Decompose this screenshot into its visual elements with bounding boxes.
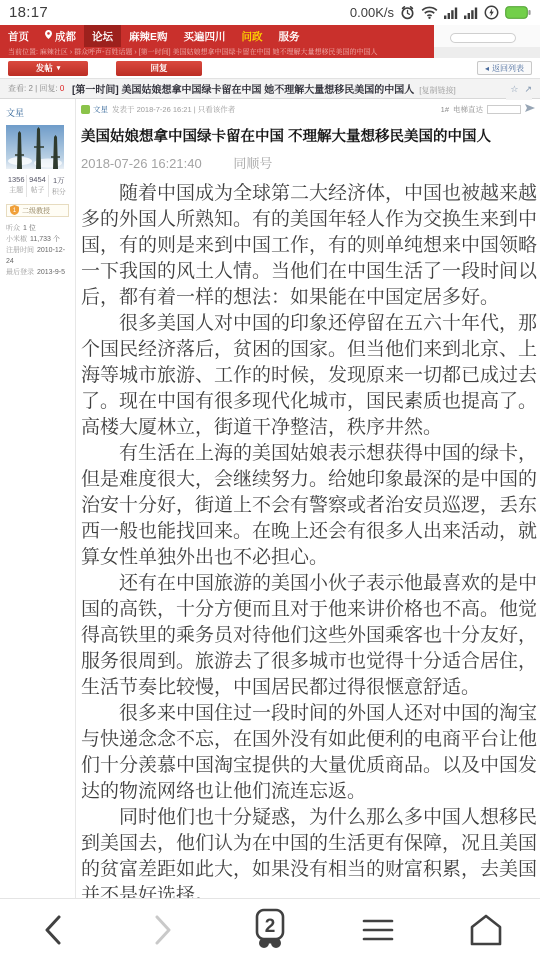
info-row-registered: 注册时间2010-12-24 (6, 245, 69, 267)
post-dateline: 2018-07-26 16:21:40 同顺号 (81, 153, 537, 172)
clock-time: 18:17 (9, 4, 48, 21)
favorite-icon[interactable]: ☆ (510, 84, 518, 95)
post-datetime: 2018-07-26 16:21:40 (81, 156, 202, 171)
mini-avatar-icon (81, 105, 90, 114)
nav-item-forum[interactable]: 论坛 (84, 25, 121, 47)
post-source: 同顺号 (233, 156, 272, 171)
signal-icon (464, 7, 478, 19)
post-paragraph: 还有在中国旅游的美国小伙子表示他最喜欢的是中国的高铁，十分方便而且对于他来讲价格… (81, 571, 537, 701)
thread-stats: 查看: 2 | 回复: 0 (8, 83, 72, 94)
status-bar-right: 0.00K/s (350, 5, 531, 20)
post-body: 随着中国成为全球第二大经济体，中国也被越来越多的外国人所熟知。有的美国年轻人作为… (81, 181, 537, 901)
back-icon[interactable] (24, 905, 84, 955)
post-paragraph: 很多来中国住过一段时间的外国人还对中国的淘宝与快递念念不忘，在国外没有如此便利的… (81, 701, 537, 805)
battery-saver-icon (484, 5, 499, 20)
forum-toolbar: 发帖▾ 回复 ◂返回列表 (0, 58, 540, 78)
info-row-coins: 小米椒11,733 个 (6, 234, 69, 245)
new-post-button[interactable]: 发帖▾ (8, 61, 88, 76)
stat-credits[interactable]: 1万积分 (49, 175, 69, 197)
stat-posts[interactable]: 9454帖子 (27, 175, 48, 197)
post-author-link[interactable]: 文星 (93, 104, 108, 115)
rank-badge: 1 二级教授 (6, 204, 69, 217)
network-speed: 0.00K/s (350, 5, 394, 20)
page-title: 美国姑娘想拿中国绿卡留在中国 不理解大量想移民美国的中国人 (81, 125, 537, 146)
nav-item-wenzheng[interactable]: 问政 (234, 25, 271, 47)
status-bar: 18:17 0.00K/s (0, 0, 540, 25)
info-row-listeners: 听众1 位 (6, 223, 69, 234)
breadcrumb[interactable]: 当前位置: 麻辣社区 › 群众呼声-百姓话题 › [第一时间] 美国姑娘想拿中国… (0, 47, 434, 58)
home-icon[interactable] (456, 905, 516, 955)
menu-icon[interactable] (348, 905, 408, 955)
post-main: 文星 发表于 2018-7-26 16:21 | 只看该作者 1# 电梯直达 美… (76, 99, 540, 901)
chevron-left-icon: ◂ (485, 64, 489, 73)
post-meta-text: 发表于 2018-7-26 16:21 | 只看该作者 (112, 104, 235, 115)
info-row-lastlogin: 最后登录2013-9-5 (6, 267, 69, 278)
nav-item-chengdu[interactable]: 成都 (37, 25, 84, 47)
battery-icon (505, 6, 531, 19)
post-paragraph: 有生活在上海的美国姑娘表示想获得中国的绿卡，但是难度很大，会继续努力。给她印象最… (81, 441, 537, 571)
nav-item-home[interactable]: 首页 (0, 25, 37, 47)
post-meta-row: 文星 发表于 2018-7-26 16:21 | 只看该作者 1# 电梯直达 (81, 102, 537, 116)
author-stats: 1356主题 9454帖子 1万积分 (6, 175, 69, 197)
thread-header-icons: ☆↗ (506, 79, 532, 100)
author-username-link[interactable]: 文星 (6, 106, 69, 119)
stat-threads[interactable]: 1356主题 (6, 175, 27, 197)
post-paragraph: 很多美国人对中国的印象还停留在五六十年代，那个国民经济落后，贫困的国家。但当他们… (81, 311, 537, 441)
tabs-icon[interactable]: 2 (240, 905, 300, 955)
site-navbar-red: 首页 成都 论坛 麻辣E购 买遍四川 问政 服务 (0, 25, 434, 47)
elevator-label[interactable]: 电梯直达 (453, 104, 483, 115)
content: 文星 1356主题 9454帖子 1万积分 1 二级教授 听众 (0, 99, 540, 901)
floor-jump-input[interactable] (487, 105, 521, 114)
location-pin-icon (45, 30, 52, 42)
wifi-icon (421, 6, 438, 19)
tab-count: 2 (265, 916, 276, 937)
nav-item-service[interactable]: 服务 (271, 25, 308, 47)
post-paragraph: 同时他们也十分疑惑，为什么那么多中国人想移民到美国去，他们认为在中国的生活更有保… (81, 805, 537, 901)
breadcrumb-row: 当前位置: 麻辣社区 › 群众呼声-百姓话题 › [第一时间] 美国姑娘想拿中国… (0, 47, 540, 58)
post-paragraph: 随着中国成为全球第二大经济体，中国也被越来越多的外国人所熟知。有的美国年轻人作为… (81, 181, 537, 311)
reply-count: 0 (60, 84, 64, 93)
thread-header: 查看: 2 | 回复: 0 [第一时间] 美国姑娘想拿中国绿卡留在中国 她不理解… (0, 78, 540, 99)
signal-icon (444, 7, 458, 19)
chevron-down-icon: ▾ (57, 64, 61, 72)
copy-link[interactable]: [复制链接] (419, 86, 455, 95)
search-input[interactable] (450, 33, 516, 43)
thread-title-link[interactable]: [第一时间] 美国姑娘想拿中国绿卡留在中国 她不理解大量想移民美国的中国人[复制… (72, 81, 456, 96)
nav-item-mala-eshop[interactable]: 麻辣E购 (121, 25, 176, 47)
reply-button[interactable]: 回复 (116, 61, 202, 76)
go-icon[interactable] (525, 104, 535, 114)
shield-icon: 1 (10, 205, 19, 217)
user-avatar[interactable] (6, 125, 64, 169)
author-info: 听众1 位 小米椒11,733 个 注册时间2010-12-24 最后登录201… (6, 223, 69, 278)
share-icon[interactable]: ↗ (524, 84, 532, 95)
back-to-list-button[interactable]: ◂返回列表 (477, 61, 532, 75)
floor-number: 1# (441, 105, 449, 114)
alarm-icon (400, 5, 415, 20)
forward-icon[interactable] (132, 905, 192, 955)
browser-bottom-bar: 2 (0, 898, 540, 960)
nav-item-buy-sichuan[interactable]: 买遍四川 (176, 25, 234, 47)
screen: 18:17 0.00K/s 首页 成都 论坛 麻辣E购 买遍四川 问政 服务 当… (0, 0, 540, 960)
author-sidebar: 文星 1356主题 9454帖子 1万积分 1 二级教授 听众 (0, 99, 76, 901)
rank-badge-label: 二级教授 (22, 206, 50, 216)
breadcrumb-spacer (434, 47, 540, 58)
site-navbar: 首页 成都 论坛 麻辣E购 买遍四川 问政 服务 (0, 25, 540, 47)
elevator-controls: 1# 电梯直达 (441, 104, 537, 115)
